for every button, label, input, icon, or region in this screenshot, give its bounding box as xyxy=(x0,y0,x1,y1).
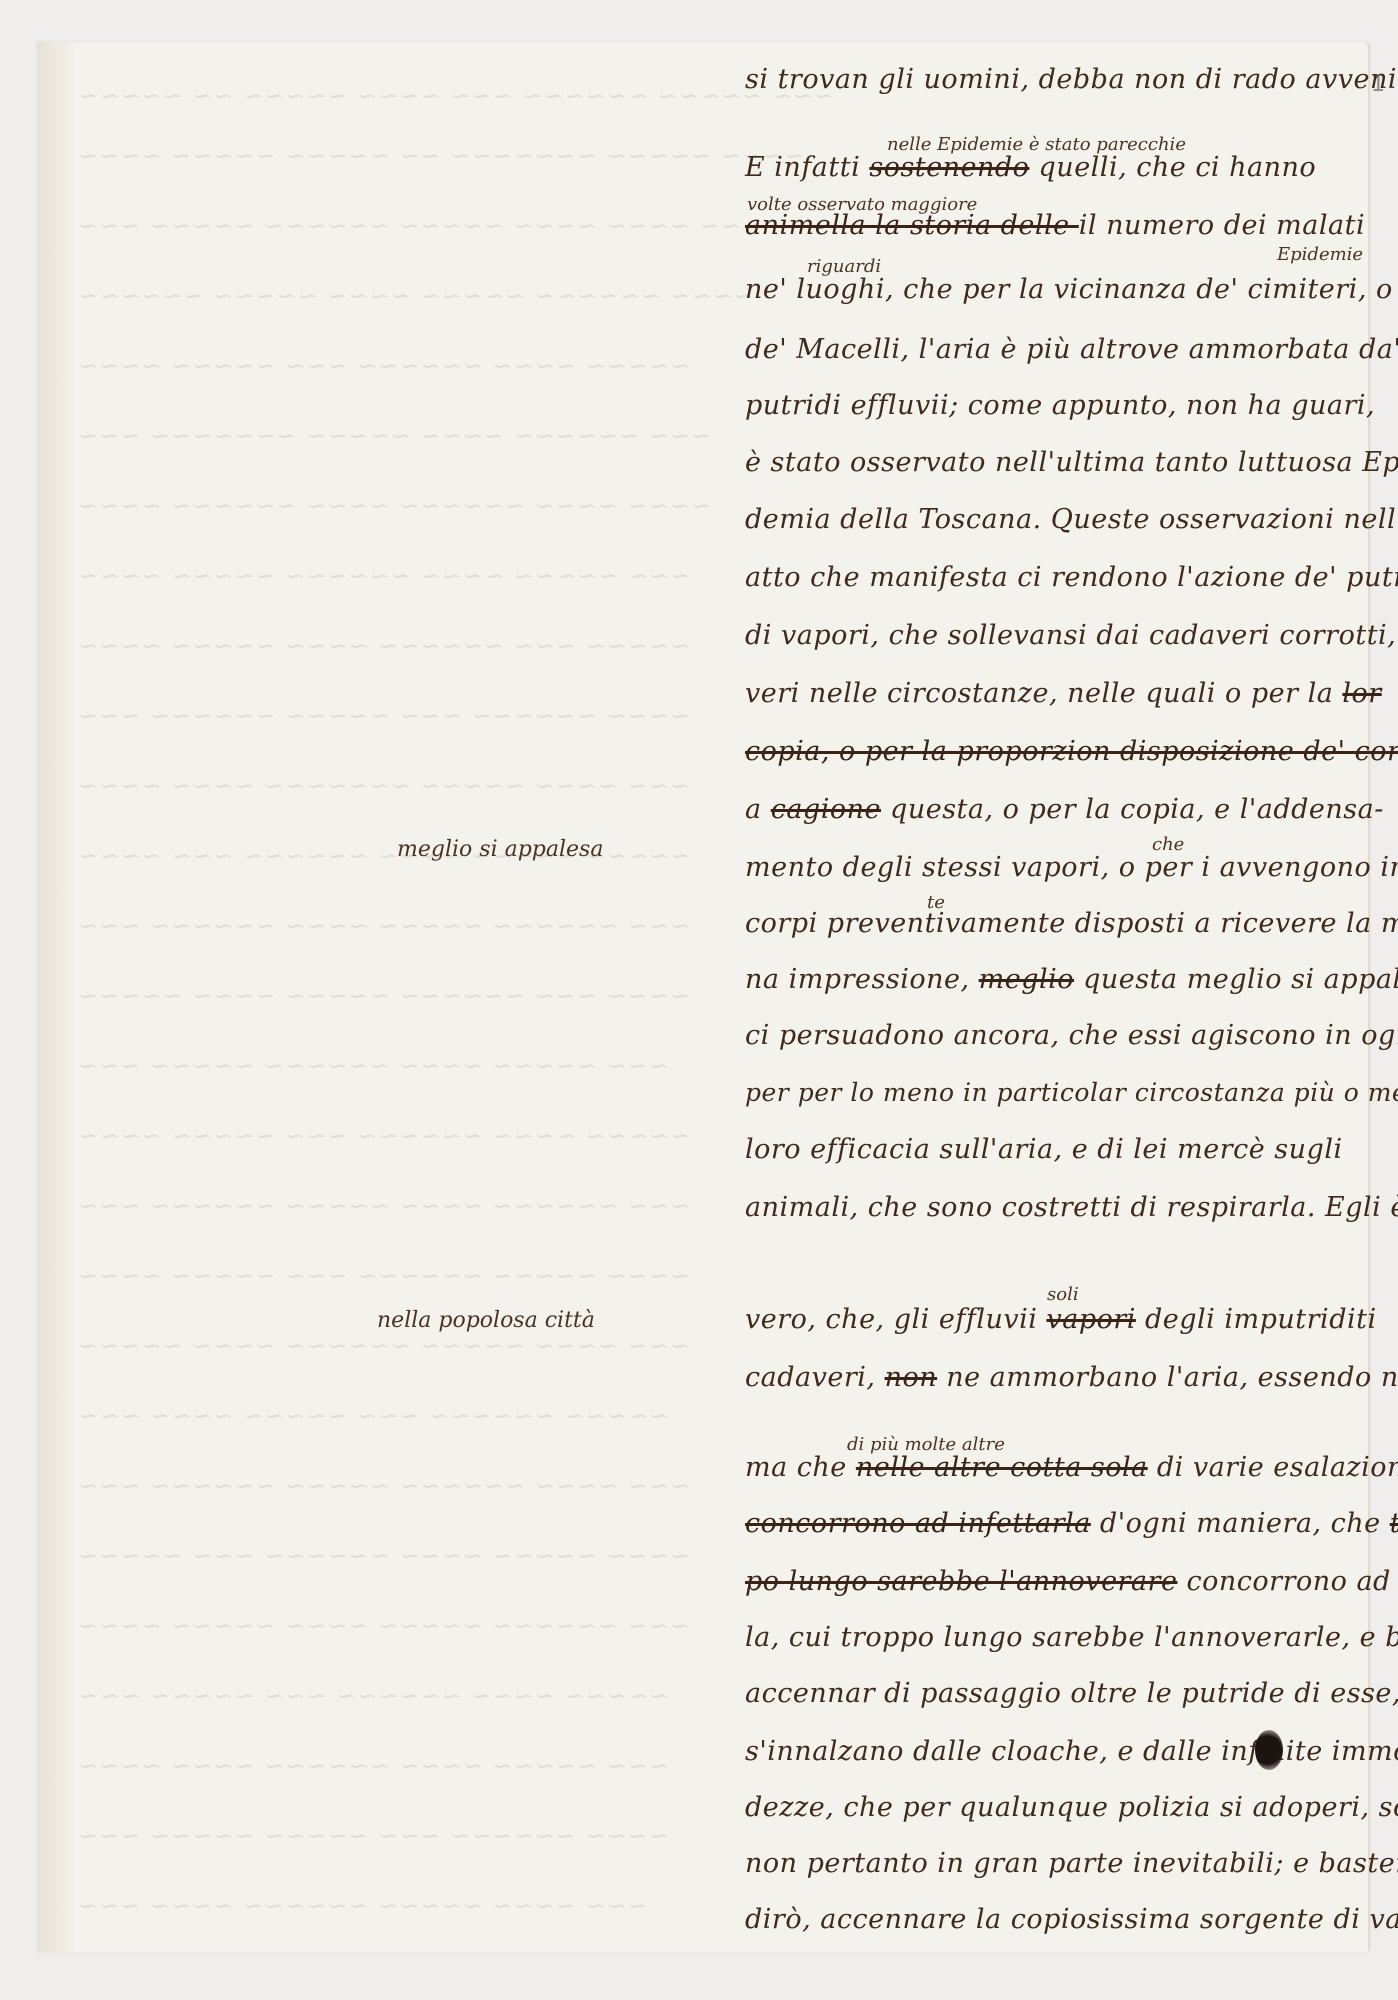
text-line: putridi effluvii; come appunto, non ha g… xyxy=(745,390,1375,421)
text-line: E infatti sostenendo quelli, che ci hann… xyxy=(745,152,1316,183)
text-line: è stato osservato nell'ultima tanto lutt… xyxy=(745,447,1398,478)
text-line: copia, o per la proporzion disposizione … xyxy=(745,736,1398,767)
text-line: di vapori, che sollevansi dai cadaveri c… xyxy=(745,620,1398,651)
text-line: vero, che, gli effluvii vapori degli imp… xyxy=(745,1304,1377,1335)
interlinear-insertion: soli xyxy=(1047,1284,1079,1305)
deleted-text: sostenendo xyxy=(869,152,1029,183)
text-line: ma che nelle altre cotta sola di varie e… xyxy=(745,1452,1398,1483)
text-line: corpi preventivamente disposti a ricever… xyxy=(745,908,1398,939)
text-line: demia della Toscana. Queste osservazioni… xyxy=(745,504,1398,535)
margin-note: nella popolosa città xyxy=(377,1308,595,1333)
text-line: mento degli stessi vapori, o per i avven… xyxy=(745,852,1398,883)
text-line: si trovan gli uomini, debba non di rado … xyxy=(745,64,1398,95)
text-line: na impressione, meglio questa meglio si … xyxy=(745,964,1398,995)
text-line: a cagione questa, o per la copia, e l'ad… xyxy=(745,794,1384,825)
text-line: ci persuadono ancora, che essi agiscono … xyxy=(745,1020,1398,1051)
text-line: dirò, accennare la copiosissima sorgente… xyxy=(745,1904,1398,1935)
text-line: per per lo meno in particolar circostanz… xyxy=(745,1078,1398,1107)
text-line: animella la storia delle il numero dei m… xyxy=(745,210,1365,241)
text-line: la, cui troppo lungo sarebbe l'annoverar… xyxy=(745,1622,1398,1653)
text-line: non pertanto in gran parte inevitabili; … xyxy=(745,1848,1398,1879)
interlinear-insertion: Epidemie xyxy=(1277,244,1363,265)
text-line: de' Macelli, l'aria è più altrove ammorb… xyxy=(745,334,1398,365)
margin-note: meglio si appalesa xyxy=(397,837,603,862)
text-line: atto che manifesta ci rendono l'azione d… xyxy=(745,562,1398,593)
text-line: concorrono ad infettarla d'ogni maniera,… xyxy=(745,1508,1398,1539)
text-line: po lungo sarebbe l'annoverare concorrono… xyxy=(745,1566,1398,1597)
manuscript-page: 1 ~~~ ~~~~~ ~~~~~~ ~~~ ~~~~ ~~~~~ ~~ ~~~… xyxy=(37,42,1370,1952)
text-line: veri nelle circostanze, nelle quali o pe… xyxy=(745,678,1382,709)
text-line: animali, che sono costretti di respirarl… xyxy=(745,1192,1398,1223)
text-line: dezze, che per qualunque polizia si adop… xyxy=(745,1792,1398,1823)
text-line: s'innalzano dalle cloache, e dalle infin… xyxy=(745,1736,1398,1767)
text-line: ne' luoghi, che per la vicinanza de' cim… xyxy=(745,274,1393,305)
text-line: cadaveri, non ne ammorbano l'aria, essen… xyxy=(745,1362,1398,1393)
ink-blot xyxy=(1255,1730,1283,1770)
text-line: accennar di passaggio oltre le putride d… xyxy=(745,1678,1398,1709)
text-line: loro efficacia sull'aria, e di lei mercè… xyxy=(745,1134,1343,1165)
